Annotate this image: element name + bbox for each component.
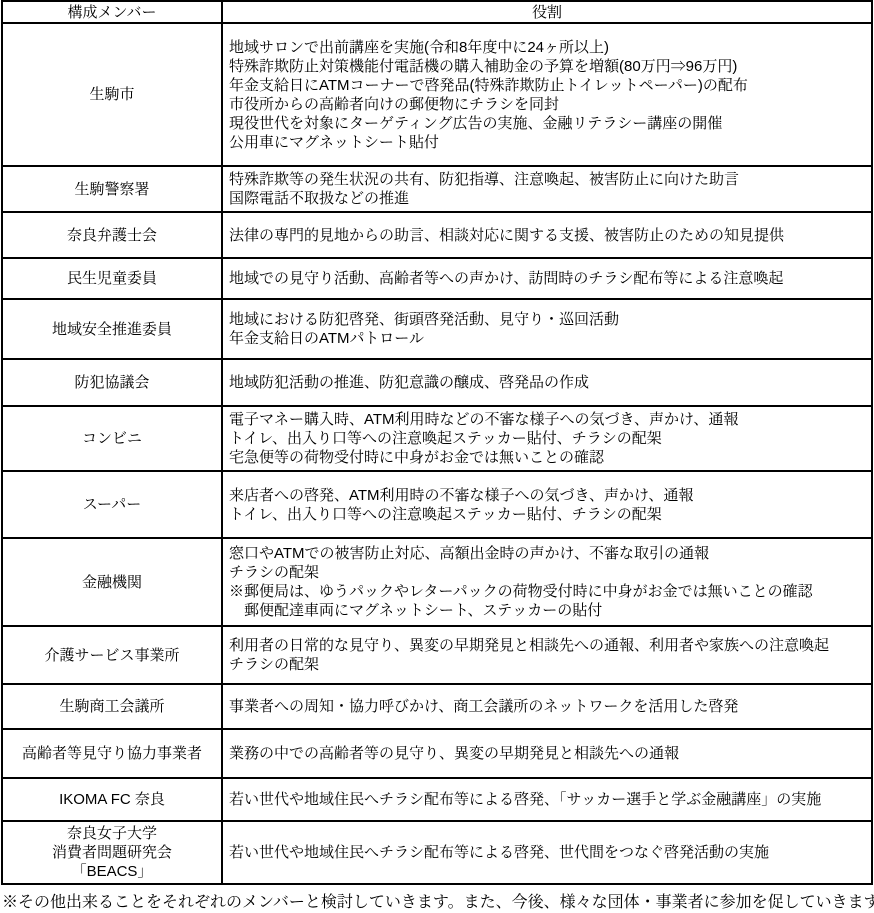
member-name-cell: 生駒警察署 [2, 166, 222, 212]
members-roles-table: 構成メンバー 役割 生駒市地域サロンで出前講座を実施(令和8年度中に24ヶ所以上… [1, 0, 873, 885]
role-cell: 地域防犯活動の推進、防犯意識の醸成、啓発品の作成 [222, 359, 872, 406]
footnote: ※その他出来ることをそれぞれのメンバーと検討していきます。また、今後、様々な団体… [2, 893, 874, 913]
document-page: 構成メンバー 役割 生駒市地域サロンで出前講座を実施(令和8年度中に24ヶ所以上… [0, 0, 874, 913]
table-row: 奈良女子大学消費者問題研究会「BEACS」若い世代や地域住民へチラシ配布等による… [2, 821, 872, 884]
role-cell: 法律の専門的見地からの助言、相談対応に関する支援、被害防止のための知見提供 [222, 212, 872, 258]
table-row: 金融機関窓口やATMでの被害防止対応、高額出金時の声かけ、不審な取引の通報チラシ… [2, 538, 872, 626]
role-cell: 事業者への周知・協力呼びかけ、商工会議所のネットワークを活用した啓発 [222, 684, 872, 729]
member-name-cell: 奈良女子大学消費者問題研究会「BEACS」 [2, 821, 222, 884]
member-name-cell: コンビニ [2, 406, 222, 471]
header-row: 構成メンバー 役割 [2, 1, 872, 23]
member-name-cell: スーパー [2, 471, 222, 538]
table-row: 防犯協議会地域防犯活動の推進、防犯意識の醸成、啓発品の作成 [2, 359, 872, 406]
table-row: 民生児童委員地域での見守り活動、高齢者等への声かけ、訪問時のチラシ配布等による注… [2, 258, 872, 299]
member-name-cell: 地域安全推進委員 [2, 299, 222, 359]
role-cell: 若い世代や地域住民へチラシ配布等による啓発、世代間をつなぐ啓発活動の実施 [222, 821, 872, 884]
member-name-cell: 民生児童委員 [2, 258, 222, 299]
member-name-cell: 奈良弁護士会 [2, 212, 222, 258]
table-row: コンビニ電子マネー購入時、ATM利用時などの不審な様子への気づき、声かけ、通報ト… [2, 406, 872, 471]
role-cell: 地域における防犯啓発、街頭啓発活動、見守り・巡回活動年金支給日のATMパトロール [222, 299, 872, 359]
col-header-member: 構成メンバー [2, 1, 222, 23]
member-name-cell: IKOMA FC 奈良 [2, 778, 222, 821]
member-name-cell: 防犯協議会 [2, 359, 222, 406]
table-row: 生駒市地域サロンで出前講座を実施(令和8年度中に24ヶ所以上)特殊詐欺防止対策機… [2, 23, 872, 166]
table-row: 生駒商工会議所事業者への周知・協力呼びかけ、商工会議所のネットワークを活用した啓… [2, 684, 872, 729]
role-cell: 業務の中での高齢者等の見守り、異変の早期発見と相談先への通報 [222, 729, 872, 778]
member-name-cell: 生駒市 [2, 23, 222, 166]
role-cell: 若い世代や地域住民へチラシ配布等による啓発、「サッカー選手と学ぶ金融講座」の実施 [222, 778, 872, 821]
table-row: 奈良弁護士会法律の専門的見地からの助言、相談対応に関する支援、被害防止のための知… [2, 212, 872, 258]
table-row: IKOMA FC 奈良若い世代や地域住民へチラシ配布等による啓発、「サッカー選手… [2, 778, 872, 821]
table-header: 構成メンバー 役割 [2, 1, 872, 23]
table-body: 生駒市地域サロンで出前講座を実施(令和8年度中に24ヶ所以上)特殊詐欺防止対策機… [2, 23, 872, 884]
member-name-cell: 高齢者等見守り協力事業者 [2, 729, 222, 778]
member-name-cell: 金融機関 [2, 538, 222, 626]
role-cell: 地域サロンで出前講座を実施(令和8年度中に24ヶ所以上)特殊詐欺防止対策機能付電… [222, 23, 872, 166]
col-header-role: 役割 [222, 1, 872, 23]
table-row: 高齢者等見守り協力事業者業務の中での高齢者等の見守り、異変の早期発見と相談先への… [2, 729, 872, 778]
role-cell: 来店者への啓発、ATM利用時の不審な様子への気づき、声かけ、通報トイレ、出入り口… [222, 471, 872, 538]
role-cell: 電子マネー購入時、ATM利用時などの不審な様子への気づき、声かけ、通報トイレ、出… [222, 406, 872, 471]
role-cell: 窓口やATMでの被害防止対応、高額出金時の声かけ、不審な取引の通報チラシの配架※… [222, 538, 872, 626]
role-cell: 特殊詐欺等の発生状況の共有、防犯指導、注意喚起、被害防止に向けた助言国際電話不取… [222, 166, 872, 212]
table-row: 介護サービス事業所利用者の日常的な見守り、異変の早期発見と相談先への通報、利用者… [2, 626, 872, 684]
role-cell: 利用者の日常的な見守り、異変の早期発見と相談先への通報、利用者や家族への注意喚起… [222, 626, 872, 684]
role-cell: 地域での見守り活動、高齢者等への声かけ、訪問時のチラシ配布等による注意喚起 [222, 258, 872, 299]
table-row: スーパー来店者への啓発、ATM利用時の不審な様子への気づき、声かけ、通報トイレ、… [2, 471, 872, 538]
table-row: 生駒警察署特殊詐欺等の発生状況の共有、防犯指導、注意喚起、被害防止に向けた助言国… [2, 166, 872, 212]
table-row: 地域安全推進委員地域における防犯啓発、街頭啓発活動、見守り・巡回活動年金支給日の… [2, 299, 872, 359]
member-name-cell: 生駒商工会議所 [2, 684, 222, 729]
member-name-cell: 介護サービス事業所 [2, 626, 222, 684]
